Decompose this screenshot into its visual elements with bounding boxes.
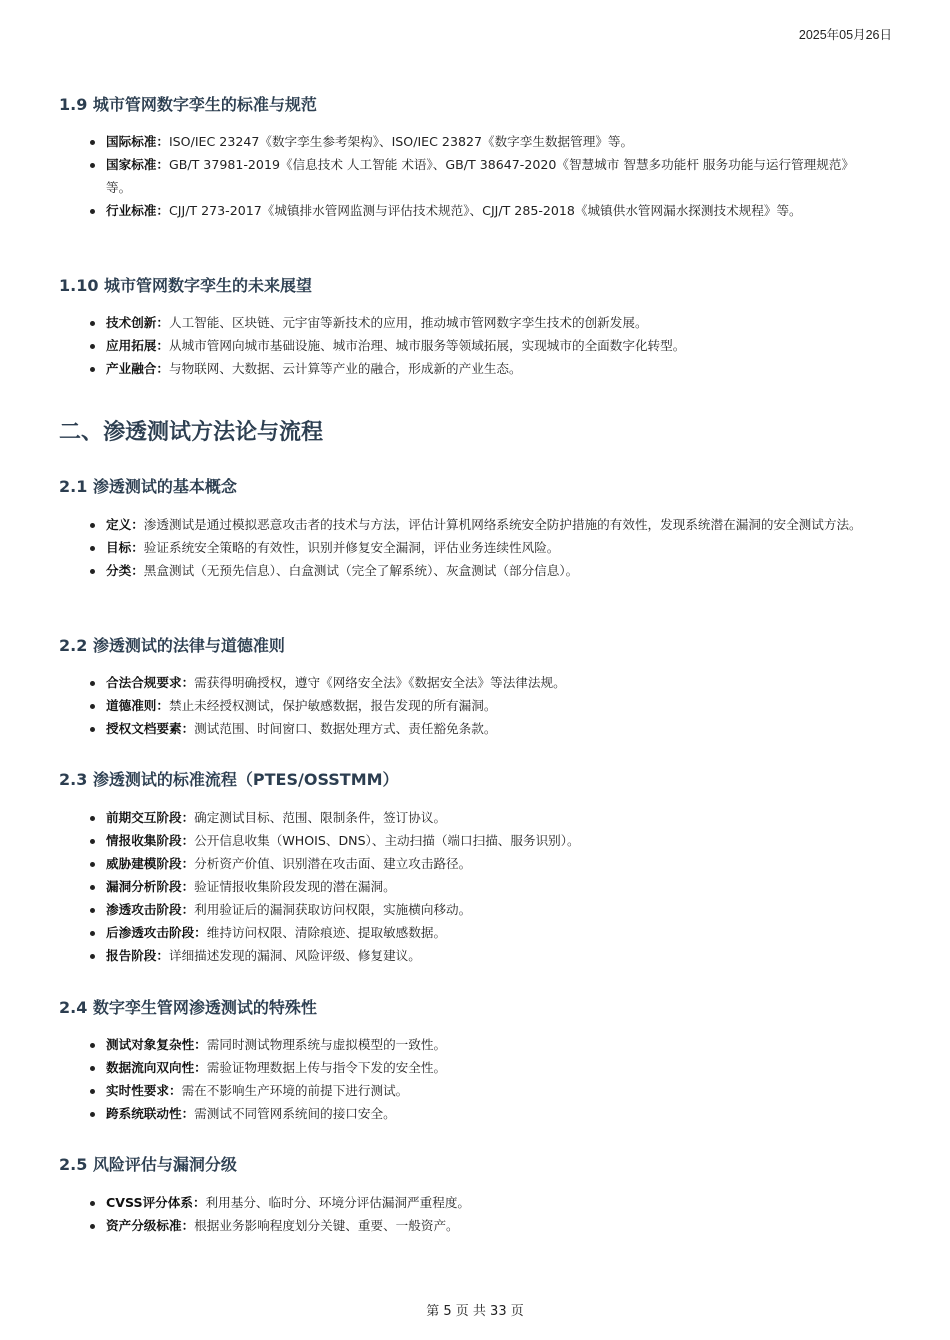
item-label: 跨系统联动性 — [106, 1106, 182, 1121]
item-text: 需测试不同管网系统间的接口安全。 — [194, 1106, 396, 1121]
list-item: 道德准则：禁止未经授权测试，保护敏感数据，报告发现的所有漏洞。 — [87, 694, 877, 717]
list-2-4: 测试对象复杂性：需同时测试物理系统与虚拟模型的一致性。 数据流向双向性：需验证物… — [87, 1033, 877, 1125]
item-label: 产业融合 — [106, 361, 156, 376]
item-label: 分类 — [106, 563, 131, 578]
item-text: 人工智能、区块链、元宇宙等新技术的应用，推动城市管网数字孪生技术的创新发展。 — [169, 315, 648, 330]
list-item: 国家标准：GB/T 37981-2019《信息技术 人工智能 术语》、GB/T … — [87, 153, 877, 199]
list-item: 报告阶段：详细描述发现的漏洞、风险评级、修复建议。 — [87, 944, 877, 967]
item-sep: ： — [182, 902, 195, 917]
item-sep: ： — [194, 925, 207, 940]
item-label: 国际标准 — [106, 134, 156, 149]
item-sep: ： — [156, 948, 169, 963]
list-item: 跨系统联动性：需测试不同管网系统间的接口安全。 — [87, 1102, 877, 1125]
item-text: 从城市管网向城市基础设施、城市治理、城市服务等领域拓展，实现城市的全面数字化转型… — [169, 338, 685, 353]
item-text: 利用基分、临时分、环境分评估漏洞严重程度。 — [206, 1195, 470, 1210]
item-sep: ： — [156, 315, 169, 330]
item-sep: ： — [156, 361, 169, 376]
list-item: 授权文档要素：测试范围、时间窗口、数据处理方式、责任豁免条款。 — [87, 717, 877, 740]
item-label: 道德准则 — [106, 698, 156, 713]
item-sep: ： — [182, 1106, 195, 1121]
item-text: 分析资产价值、识别潜在攻击面、建立攻击路径。 — [194, 856, 471, 871]
item-sep: ： — [131, 563, 144, 578]
item-text: 验证情报收集阶段发现的潜在漏洞。 — [194, 879, 396, 894]
item-sep: ： — [194, 1060, 207, 1075]
list-item: 前期交互阶段：确定测试目标、范围、限制条件，签订协议。 — [87, 806, 877, 829]
item-sep: ： — [131, 517, 144, 532]
chapter-heading-2: 二、渗透测试方法论与流程 — [59, 415, 323, 446]
list-item: 资产分级标准：根据业务影响程度划分关键、重要、一般资产。 — [87, 1214, 877, 1237]
section-heading-2-5: 2.5 风险评估与漏洞分级 — [59, 1152, 237, 1175]
page-date: 2025年05月26日 — [799, 25, 892, 43]
item-sep: ： — [182, 833, 195, 848]
item-text: 验证系统安全策略的有效性，识别并修复安全漏洞，评估业务连续性风险。 — [144, 540, 560, 555]
item-text: 公开信息收集（WHOIS、DNS）、主动扫描（端口扫描、服务识别）。 — [194, 833, 580, 848]
item-label: 定义 — [106, 517, 131, 532]
section-heading-1-10: 1.10 城市管网数字孪生的未来展望 — [59, 273, 312, 296]
list-item: 后渗透攻击阶段：维持访问权限、清除痕迹、提取敏感数据。 — [87, 921, 877, 944]
list-item: 应用拓展：从城市管网向城市基础设施、城市治理、城市服务等领域拓展，实现城市的全面… — [87, 334, 877, 357]
list-2-5: CVSS评分体系：利用基分、临时分、环境分评估漏洞严重程度。 资产分级标准：根据… — [87, 1191, 877, 1237]
item-text: 确定测试目标、范围、限制条件，签订协议。 — [194, 810, 446, 825]
item-sep: ： — [156, 134, 169, 149]
item-label: 目标 — [106, 540, 131, 555]
list-item: CVSS评分体系：利用基分、临时分、环境分评估漏洞严重程度。 — [87, 1191, 877, 1214]
item-sep: ： — [156, 203, 169, 218]
item-sep: ： — [182, 1218, 195, 1233]
item-label: 行业标准 — [106, 203, 156, 218]
item-text: 维持访问权限、清除痕迹、提取敏感数据。 — [207, 925, 446, 940]
item-label: 情报收集阶段 — [106, 833, 182, 848]
list-item: 技术创新：人工智能、区块链、元宇宙等新技术的应用，推动城市管网数字孪生技术的创新… — [87, 311, 877, 334]
item-sep: ： — [182, 675, 195, 690]
section-heading-2-1: 2.1 渗透测试的基本概念 — [59, 474, 237, 497]
list-item: 合法合规要求：需获得明确授权，遵守《网络安全法》《数据安全法》等法律法规。 — [87, 671, 877, 694]
item-sep: ： — [156, 338, 169, 353]
item-label: 前期交互阶段 — [106, 810, 182, 825]
list-2-2: 合法合规要求：需获得明确授权，遵守《网络安全法》《数据安全法》等法律法规。 道德… — [87, 671, 877, 740]
list-item: 行业标准：CJJ/T 273-2017《城镇排水管网监测与评估技术规范》、CJJ… — [87, 199, 877, 222]
item-text: 禁止未经授权测试，保护敏感数据，报告发现的所有漏洞。 — [169, 698, 496, 713]
list-item: 分类：黑盒测试（无预先信息）、白盒测试（完全了解系统）、灰盒测试（部分信息）。 — [87, 559, 877, 582]
item-label: 威胁建模阶段 — [106, 856, 182, 871]
item-text: 需同时测试物理系统与虚拟模型的一致性。 — [207, 1037, 446, 1052]
item-text: 详细描述发现的漏洞、风险评级、修复建议。 — [169, 948, 421, 963]
item-label: CVSS评分体系 — [106, 1195, 193, 1210]
item-text: 与物联网、大数据、云计算等产业的融合，形成新的产业生态。 — [169, 361, 522, 376]
item-text: 测试范围、时间窗口、数据处理方式、责任豁免条款。 — [194, 721, 496, 736]
item-text: 渗透测试是通过模拟恶意攻击者的技术与方法，评估计算机网络系统安全防护措施的有效性… — [144, 517, 862, 532]
item-text: 需在不影响生产环境的前提下进行测试。 — [182, 1083, 409, 1098]
item-label: 后渗透攻击阶段 — [106, 925, 194, 940]
list-item: 产业融合：与物联网、大数据、云计算等产业的融合，形成新的产业生态。 — [87, 357, 877, 380]
item-sep: ： — [182, 879, 195, 894]
list-item: 测试对象复杂性：需同时测试物理系统与虚拟模型的一致性。 — [87, 1033, 877, 1056]
item-sep: ： — [169, 1083, 182, 1098]
list-1-9: 国际标准：ISO/IEC 23247《数字孪生参考架构》、ISO/IEC 238… — [87, 130, 877, 222]
list-2-3: 前期交互阶段：确定测试目标、范围、限制条件，签订协议。 情报收集阶段：公开信息收… — [87, 806, 877, 967]
item-sep: ： — [156, 157, 169, 172]
item-text: GB/T 37981-2019《信息技术 人工智能 术语》、GB/T 38647… — [106, 157, 854, 195]
item-text: CJJ/T 273-2017《城镇排水管网监测与评估技术规范》、CJJ/T 28… — [169, 203, 802, 218]
item-sep: ： — [194, 1037, 207, 1052]
item-sep: ： — [182, 721, 195, 736]
item-label: 授权文档要素 — [106, 721, 182, 736]
item-label: 数据流向双向性 — [106, 1060, 194, 1075]
item-text: 根据业务影响程度划分关键、重要、一般资产。 — [194, 1218, 458, 1233]
item-label: 应用拓展 — [106, 338, 156, 353]
item-label: 测试对象复杂性 — [106, 1037, 194, 1052]
section-heading-2-3: 2.3 渗透测试的标准流程（PTES/OSSTMM） — [59, 767, 399, 790]
item-text: 黑盒测试（无预先信息）、白盒测试（完全了解系统）、灰盒测试（部分信息）。 — [144, 563, 578, 578]
list-1-10: 技术创新：人工智能、区块链、元宇宙等新技术的应用，推动城市管网数字孪生技术的创新… — [87, 311, 877, 380]
list-item: 国际标准：ISO/IEC 23247《数字孪生参考架构》、ISO/IEC 238… — [87, 130, 877, 153]
item-label: 合法合规要求 — [106, 675, 182, 690]
item-sep: ： — [156, 698, 169, 713]
item-sep: ： — [131, 540, 144, 555]
section-heading-1-9: 1.9 城市管网数字孪生的标准与规范 — [59, 92, 317, 115]
item-sep: ： — [193, 1195, 206, 1210]
item-label: 技术创新 — [106, 315, 156, 330]
item-text: ISO/IEC 23247《数字孪生参考架构》、ISO/IEC 23827《数字… — [169, 134, 633, 149]
list-item: 情报收集阶段：公开信息收集（WHOIS、DNS）、主动扫描（端口扫描、服务识别）… — [87, 829, 877, 852]
list-item: 漏洞分析阶段：验证情报收集阶段发现的潜在漏洞。 — [87, 875, 877, 898]
item-label: 资产分级标准 — [106, 1218, 182, 1233]
list-item: 目标：验证系统安全策略的有效性，识别并修复安全漏洞，评估业务连续性风险。 — [87, 536, 877, 559]
list-item: 威胁建模阶段：分析资产价值、识别潜在攻击面、建立攻击路径。 — [87, 852, 877, 875]
item-label: 漏洞分析阶段 — [106, 879, 182, 894]
item-label: 实时性要求 — [106, 1083, 169, 1098]
list-item: 渗透攻击阶段：利用验证后的漏洞获取访问权限，实施横向移动。 — [87, 898, 877, 921]
item-text: 需验证物理数据上传与指令下发的安全性。 — [207, 1060, 446, 1075]
item-label: 报告阶段 — [106, 948, 156, 963]
list-item: 数据流向双向性：需验证物理数据上传与指令下发的安全性。 — [87, 1056, 877, 1079]
list-item: 实时性要求：需在不影响生产环境的前提下进行测试。 — [87, 1079, 877, 1102]
section-heading-2-4: 2.4 数字孪生管网渗透测试的特殊性 — [59, 995, 317, 1018]
section-heading-2-2: 2.2 渗透测试的法律与道德准则 — [59, 633, 285, 656]
item-label: 国家标准 — [106, 157, 156, 172]
item-sep: ： — [182, 856, 195, 871]
list-2-1: 定义：渗透测试是通过模拟恶意攻击者的技术与方法，评估计算机网络系统安全防护措施的… — [87, 513, 877, 582]
item-sep: ： — [182, 810, 195, 825]
page-number: 第 5 页 共 33 页 — [0, 1300, 950, 1319]
list-item: 定义：渗透测试是通过模拟恶意攻击者的技术与方法，评估计算机网络系统安全防护措施的… — [87, 513, 877, 536]
item-text: 需获得明确授权，遵守《网络安全法》《数据安全法》等法律法规。 — [194, 675, 566, 690]
item-text: 利用验证后的漏洞获取访问权限，实施横向移动。 — [194, 902, 471, 917]
item-label: 渗透攻击阶段 — [106, 902, 182, 917]
